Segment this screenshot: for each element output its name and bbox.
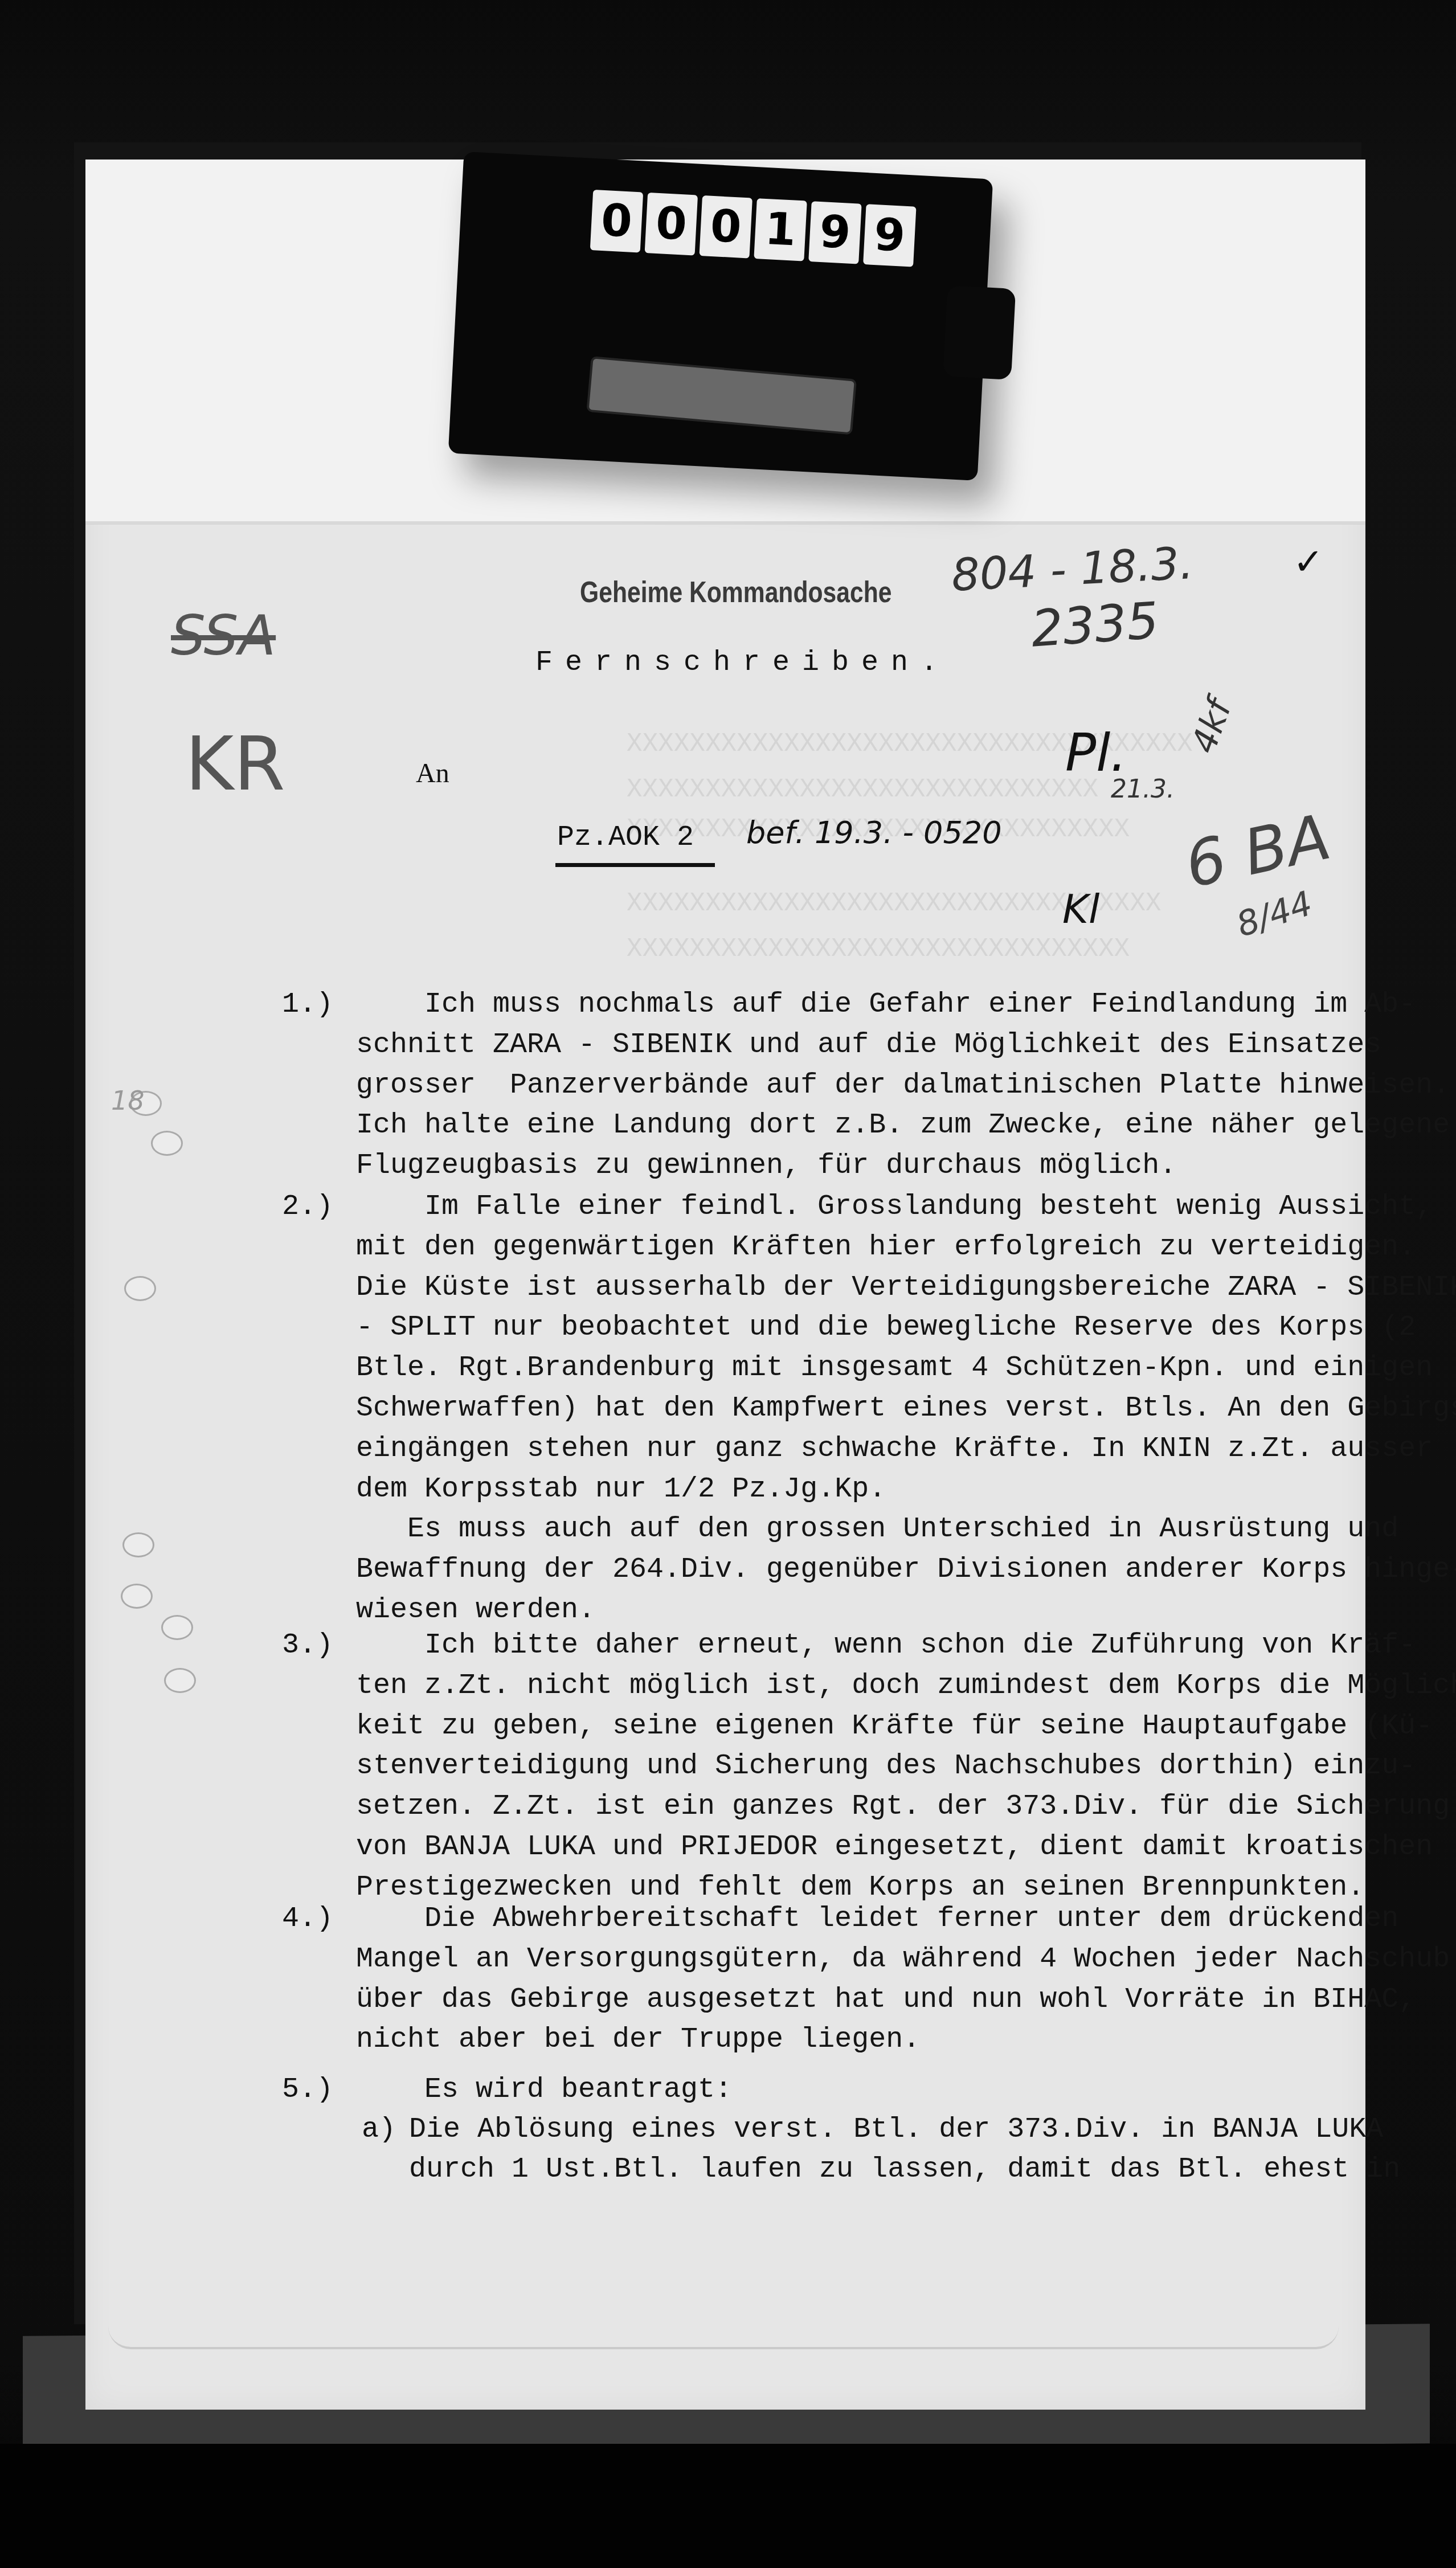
paragraph-line: Mangel an Versorgungsgütern, da während … — [356, 1943, 1450, 1976]
counter-digits: 0 0 0 1 9 9 — [590, 190, 917, 267]
film-bottom-band — [0, 2444, 1456, 2568]
paragraph-line: ten z.Zt. nicht möglich ist, doch zumind… — [356, 1670, 1456, 1702]
check-mark: ✓ — [1293, 541, 1324, 583]
paragraph-line: Bewaffnung der 264.Div. gegenüber Divisi… — [356, 1553, 1456, 1586]
bleed-through-text: XXXXXXXXXXXXXXXXXXXXXXXXXXXXXX — [627, 775, 1098, 804]
counter-digit: 0 — [700, 195, 752, 258]
paragraph-line: grosser Panzerverbände auf der dalmatini… — [356, 1069, 1450, 1102]
paragraph-line: Es wird beantragt: — [424, 2074, 732, 2106]
frame-counter-device: 0 0 0 1 9 9 — [448, 152, 993, 481]
paragraph-line: mit den gegenwärtigen Kräften hier erfol… — [356, 1231, 1416, 1263]
paragraph-line: - SPLIT nur beobachtet und die beweglich… — [356, 1311, 1416, 1344]
counter-nameplate — [586, 356, 857, 435]
counter-digit: 9 — [863, 204, 916, 267]
paragraph-line: nicht aber bei der Truppe liegen. — [356, 2023, 920, 2056]
punch-hole — [122, 1532, 154, 1557]
handwritten-paraph-date: 21.3. — [1111, 775, 1175, 804]
paragraph-number: 4.) — [282, 1903, 333, 1935]
paragraph-line: eingängen stehen nur ganz schwache Kräft… — [356, 1433, 1433, 1465]
addressee-label: An — [416, 758, 449, 789]
paragraph-number: 2.) — [282, 1191, 333, 1223]
paragraph-number: 3.) — [282, 1629, 333, 1662]
paragraph-line: Flugzeugbasis zu gewinnen, für durchaus … — [356, 1150, 1176, 1182]
counter-digit: 0 — [645, 193, 698, 255]
bleed-through-text: XXXXXXXXXXXXXXXXXXXXXXXXXXXXXXXX — [627, 934, 1130, 964]
paragraph-line: wiesen werden. — [356, 1594, 595, 1626]
paragraph-line: Ich muss nochmals auf die Gefahr einer F… — [424, 988, 1416, 1021]
sub-item-line: Die Ablösung eines verst. Btl. der 373.D… — [409, 2113, 1383, 2146]
paragraph-number: 5.) — [282, 2074, 333, 2106]
sub-item-line: durch 1 Ust.Btl. laufen zu lassen, damit… — [409, 2153, 1400, 2186]
handwritten-margin-note: 18 — [111, 1085, 145, 1116]
paragraph-line: Ich bitte daher erneut, wenn schon die Z… — [424, 1629, 1416, 1662]
sheet-edge — [85, 521, 1365, 525]
sub-item-label: a) — [362, 2113, 396, 2146]
punch-hole — [161, 1615, 193, 1640]
document-title: Fernschreiben. — [535, 647, 950, 679]
recipient-underline — [555, 863, 715, 867]
paragraph-line: von BANJA LUKA und PRIJEDOR eingesetzt, … — [356, 1831, 1433, 1863]
punch-hole — [164, 1668, 196, 1693]
handwritten-initials: KR — [185, 721, 285, 807]
paragraph-line: Es muss auch auf den grossen Unterschied… — [356, 1513, 1398, 1545]
punch-hole — [151, 1131, 183, 1156]
handwritten-lower-paraph: Kl — [1062, 886, 1099, 933]
paragraph-line: Schwerwaffen) hat den Kampfwert eines ve… — [356, 1392, 1456, 1425]
paragraph-line: setzen. Z.Zt. ist ein ganzes Rgt. der 37… — [356, 1790, 1450, 1823]
paragraph-line: Die Abwehrbereitschaft leidet ferner unt… — [424, 1903, 1398, 1935]
paragraph-line: Die Küste ist ausserhalb der Verteidigun… — [356, 1271, 1456, 1304]
paragraph-line: schnitt ZARA - SIBENIK und auf die Mögli… — [356, 1029, 1381, 1061]
counter-digit: 9 — [808, 201, 861, 264]
paragraph-line: Prestigezwecken und fehlt dem Korps an s… — [356, 1871, 1364, 1904]
punch-hole — [124, 1276, 156, 1301]
paper-stain — [108, 2301, 1339, 2349]
handwritten-journal-number: 2335 — [1029, 591, 1161, 658]
counter-digit: 0 — [590, 190, 643, 252]
paragraph-line: stenverteidigung und Sicherung des Nachs… — [356, 1750, 1416, 1782]
handwritten-crossed-out: SSA — [171, 604, 276, 668]
paragraph-number: 1.) — [282, 988, 333, 1021]
paragraph-line: über das Gebirge ausgesetzt hat und nun … — [356, 1984, 1416, 2016]
punch-hole — [121, 1584, 153, 1609]
paragraph-line: Btle. Rgt.Brandenburg mit insgesamt 4 Sc… — [356, 1352, 1433, 1384]
paragraph-line: dem Korpsstab nur 1/2 Pz.Jg.Kp. — [356, 1473, 886, 1506]
paragraph-line: keit zu geben, seine eigenen Kräfte für … — [356, 1710, 1433, 1743]
handwritten-received-note: bef. 19.3. - 0520 — [746, 815, 1002, 850]
counter-digit: 1 — [754, 198, 807, 261]
paragraph-line: Ich halte eine Landung dort z.B. zum Zwe… — [356, 1109, 1450, 1142]
recipient: Pz.AOK 2 — [557, 821, 694, 854]
paragraph-line: Im Falle einer feindl. Grosslandung best… — [424, 1191, 1433, 1223]
classification-stamp: Geheime Kommandosache — [580, 575, 891, 610]
counter-knob — [943, 285, 1016, 380]
